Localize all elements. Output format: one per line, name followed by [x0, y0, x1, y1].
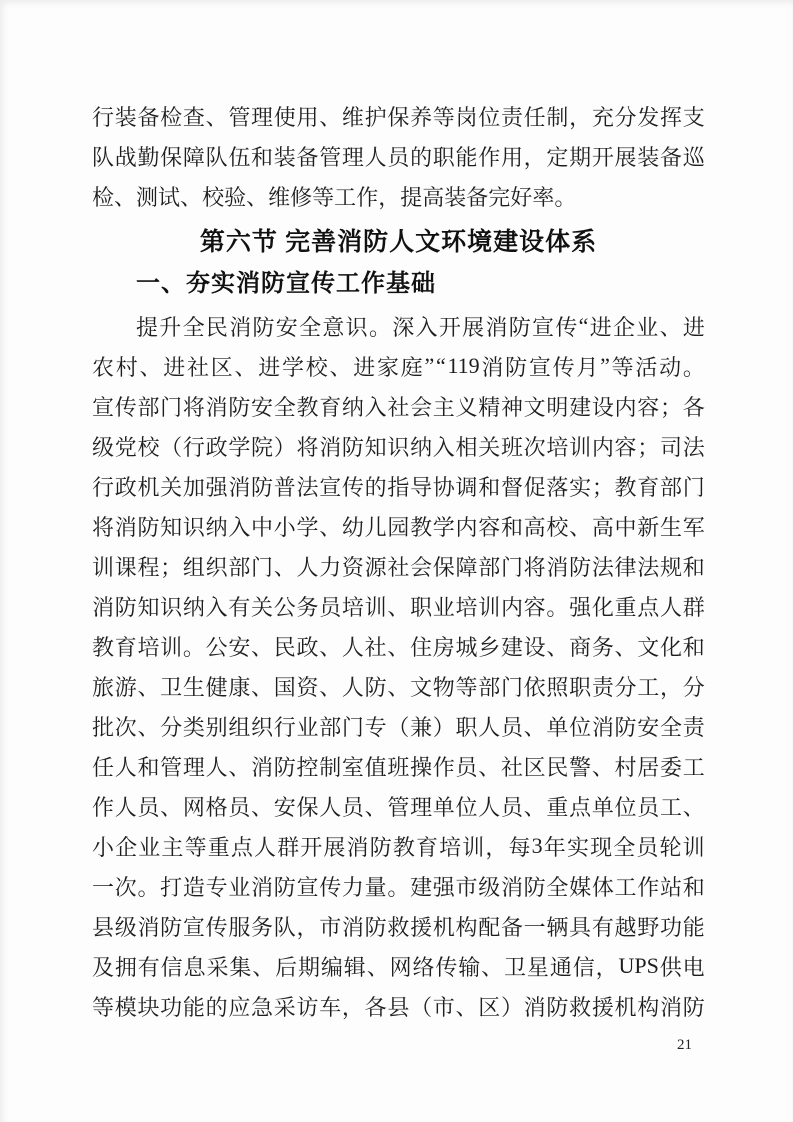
- content-area: 行装备检查、管理使用、维护保养等岗位责任制，充分发挥支队战勤保障队伍和装备管理人…: [92, 96, 705, 1026]
- leading-paragraph: 行装备检查、管理使用、维护保养等岗位责任制，充分发挥支队战勤保障队伍和装备管理人…: [92, 96, 705, 216]
- page-number: 21: [677, 1037, 692, 1054]
- text-line: 及拥有信息采集、后期编辑、网络传输、卫星通信，UPS供电: [92, 946, 705, 986]
- text-line: 任人和管理人、消防控制室值班操作员、社区民警、村居委工: [92, 746, 705, 786]
- text-line: 作人员、网格员、安保人员、管理单位人员、重点单位员工、: [92, 786, 705, 826]
- text-line: 农村、进社区、进学校、进家庭”“119消防宣传月”等活动。: [92, 346, 705, 386]
- text-line: 提升全民消防安全意识。深入开展消防宣传“进企业、进: [92, 306, 705, 346]
- text-line: 行政机关加强消防普法宣传的指导协调和督促落实；教育部门: [92, 466, 705, 506]
- document-page: 行装备检查、管理使用、维护保养等岗位责任制，充分发挥支队战勤保障队伍和装备管理人…: [0, 0, 793, 1122]
- text-line: 等模块功能的应急采访车，各县（市、区）消防救援机构消防: [92, 986, 705, 1026]
- text-line: 教育培训。公安、民政、人社、住房城乡建设、商务、文化和: [92, 626, 705, 666]
- main-paragraph: 提升全民消防安全意识。深入开展消防宣传“进企业、进农村、进社区、进学校、进家庭”…: [92, 306, 705, 1026]
- text-line: 旅游、卫生健康、国资、人防、文物等部门依照职责分工，分: [92, 666, 705, 706]
- text-line: 将消防知识纳入中小学、幼儿园教学内容和高校、高中新生军: [92, 506, 705, 546]
- text-line: 行装备检查、管理使用、维护保养等岗位责任制，充分发挥支: [92, 96, 705, 136]
- text-line: 小企业主等重点人群开展消防教育培训，每3年实现全员轮训: [92, 826, 705, 866]
- text-line: 检、测试、校验、维修等工作，提高装备完好率。: [92, 176, 705, 216]
- text-line: 宣传部门将消防安全教育纳入社会主义精神文明建设内容；各: [92, 386, 705, 426]
- text-line: 队战勤保障队伍和装备管理人员的职能作用，定期开展装备巡: [92, 136, 705, 176]
- text-line: 消防知识纳入有关公务员培训、职业培训内容。强化重点人群: [92, 586, 705, 626]
- text-line: 一次。打造专业消防宣传力量。建强市级消防全媒体工作站和: [92, 866, 705, 906]
- subsection-heading: 一、夯实消防宣传工作基础: [92, 260, 705, 300]
- text-line: 县级消防宣传服务队，市消防救援机构配备一辆具有越野功能: [92, 906, 705, 946]
- text-line: 训课程；组织部门、人力资源社会保障部门将消防法律法规和: [92, 546, 705, 586]
- text-line: 级党校（行政学院）将消防知识纳入相关班次培训内容；司法: [92, 426, 705, 466]
- text-line: 批次、分类别组织行业部门专（兼）职人员、单位消防安全责: [92, 706, 705, 746]
- section-heading: 第六节 完善消防人文环境建设体系: [92, 220, 705, 260]
